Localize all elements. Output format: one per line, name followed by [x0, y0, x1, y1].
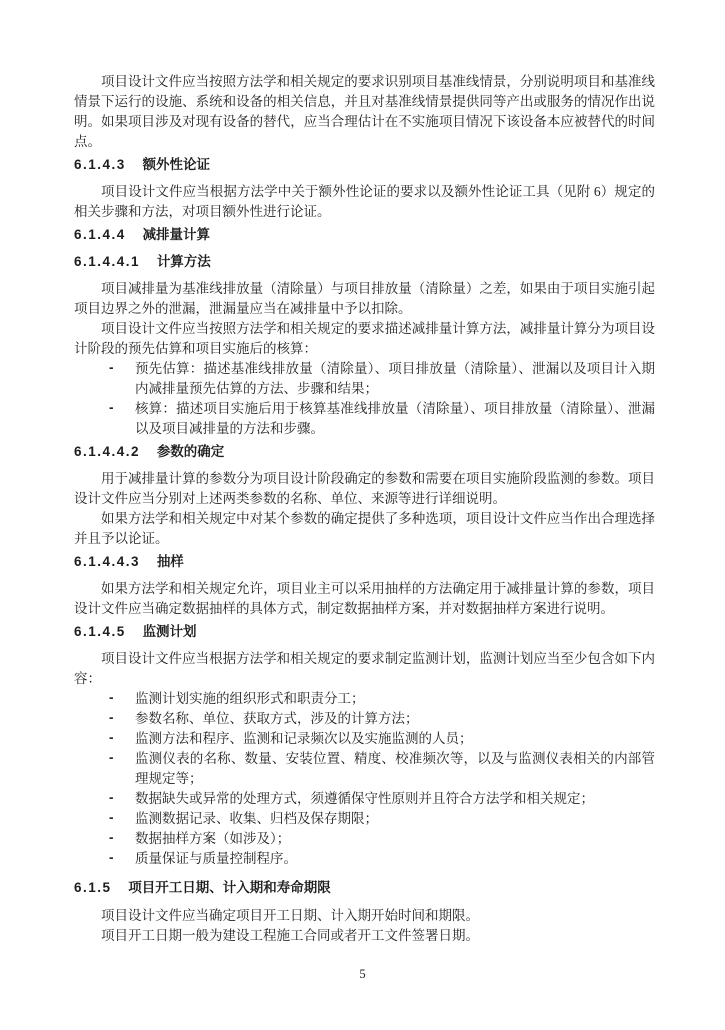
paragraph-calculation-method: 项目设计文件应当按照方法学和相关规定的要求描述减排量计算方法，减排量计算分为项目…: [74, 319, 655, 359]
dash-bullet: -: [109, 728, 114, 748]
list-item-text: 监测方法和程序、监测和记录频次以及实施监测的人员；: [135, 731, 473, 746]
list-item: - 监测数据记录、收集、归档及保存期限；: [74, 809, 655, 829]
section-title: 抽样: [157, 554, 184, 569]
paragraph-start-date: 项目设计文件应当确定项目开工日期、计入期开始时间和期限。: [74, 906, 655, 926]
list-item-text: 参数名称、单位、获取方式，涉及的计算方法；: [135, 711, 419, 726]
page-number: 5: [0, 964, 725, 984]
document-page: 项目设计文件应当按照方法学和相关规定的要求识别项目基准线情景，分别说明项目和基准…: [0, 0, 725, 1030]
dash-bullet: -: [109, 398, 114, 418]
paragraph-reduction-definition: 项目减排量为基准线排放量（清除量）与项目排放量（清除量）之差，如果由于项目实施引…: [74, 279, 655, 319]
bullet-list-calculation: - 预先估算：描述基准线排放量（清除量）、项目排放量（清除量）、泄漏以及项目计入…: [74, 359, 655, 439]
section-title: 减排量计算: [143, 227, 211, 242]
paragraph-parameters-types: 用于减排量计算的参数分为项目设计阶段确定的参数和需要在项目实施阶段监测的参数。项…: [74, 469, 655, 509]
section-title: 额外性论证: [143, 157, 211, 172]
list-item: - 数据缺失或异常的处理方式，须遵循保守性原则并且符合方法学和相关规定；: [74, 789, 655, 809]
section-heading-6-1-4-4-3: 6.1.4.4.3 抽样: [74, 552, 655, 572]
dash-bullet: -: [109, 688, 114, 708]
dash-bullet: -: [109, 708, 114, 728]
list-item: - 预先估算：描述基准线排放量（清除量）、项目排放量（清除量）、泄漏以及项目计入…: [74, 359, 655, 399]
section-heading-6-1-4-4-1: 6.1.4.4.1 计算方法: [74, 252, 655, 272]
section-title: 参数的确定: [157, 444, 225, 459]
section-number: 6.1.4.4.3: [74, 554, 140, 569]
list-item: - 监测仪表的名称、数量、安装位置、精度、校准频次等，以及与监测仪表相关的内部管…: [74, 749, 655, 789]
paragraph-sampling: 如果方法学和相关规定允许，项目业主可以采用抽样的方法确定用于减排量计算的参数，项…: [74, 579, 655, 619]
section-title: 监测计划: [143, 624, 197, 639]
list-item: - 核算：描述项目实施后用于核算基准线排放量（清除量）、项目排放量（清除量）、泄…: [74, 399, 655, 439]
section-heading-6-1-4-4: 6.1.4.4 减排量计算: [74, 225, 655, 245]
section-heading-6-1-5: 6.1.5 项目开工日期、计入期和寿命期限: [74, 878, 655, 898]
section-number: 6.1.5: [74, 880, 112, 895]
section-number: 6.1.4.4: [74, 227, 126, 242]
section-number: 6.1.4.4.1: [74, 254, 140, 269]
list-item-text: 监测数据记录、收集、归档及保存期限；: [135, 811, 378, 826]
list-item: - 参数名称、单位、获取方式，涉及的计算方法；: [74, 709, 655, 729]
bullet-list-monitoring: - 监测计划实施的组织形式和职责分工； - 参数名称、单位、获取方式，涉及的计算…: [74, 689, 655, 869]
list-item: - 监测方法和程序、监测和记录频次以及实施监测的人员；: [74, 729, 655, 749]
dash-bullet: -: [109, 828, 114, 848]
list-item-text: 监测计划实施的组织形式和职责分工；: [135, 691, 365, 706]
list-item-text: 数据缺失或异常的处理方式，须遵循保守性原则并且符合方法学和相关规定；: [135, 791, 594, 806]
paragraph-baseline-scenario: 项目设计文件应当按照方法学和相关规定的要求识别项目基准线情景，分别说明项目和基准…: [74, 72, 655, 152]
dash-bullet: -: [109, 848, 114, 868]
paragraph-additionality: 项目设计文件应当根据方法学中关于额外性论证的要求以及额外性论证工具（见附 6）规…: [74, 182, 655, 222]
section-number: 6.1.4.3: [74, 157, 126, 172]
section-heading-6-1-4-3: 6.1.4.3 额外性论证: [74, 155, 655, 175]
dash-bullet: -: [109, 748, 114, 768]
section-title: 项目开工日期、计入期和寿命期限: [128, 880, 331, 895]
section-number: 6.1.4.5: [74, 624, 126, 639]
list-item-text: 预先估算：描述基准线排放量（清除量）、项目排放量（清除量）、泄漏以及项目计入期内…: [135, 361, 655, 396]
list-item: - 监测计划实施的组织形式和职责分工；: [74, 689, 655, 709]
section-number: 6.1.4.4.2: [74, 444, 140, 459]
paragraph-start-date-definition: 项目开工日期一般为建设工程施工合同或者开工文件签署日期。: [74, 926, 655, 946]
section-heading-6-1-4-4-2: 6.1.4.4.2 参数的确定: [74, 442, 655, 462]
list-item-text: 质量保证与质量控制程序。: [135, 851, 297, 866]
dash-bullet: -: [109, 358, 114, 378]
section-title: 计算方法: [157, 254, 211, 269]
paragraph-parameters-options: 如果方法学和相关规定中对某个参数的确定提供了多种选项，项目设计文件应当作出合理选…: [74, 509, 655, 549]
list-item: - 质量保证与质量控制程序。: [74, 849, 655, 869]
dash-bullet: -: [109, 808, 114, 828]
dash-bullet: -: [109, 788, 114, 808]
list-item: - 数据抽样方案（如涉及）；: [74, 829, 655, 849]
section-heading-6-1-4-5: 6.1.4.5 监测计划: [74, 622, 655, 642]
list-item-text: 监测仪表的名称、数量、安装位置、精度、校准频次等，以及与监测仪表相关的内部管理规…: [135, 751, 655, 786]
list-item-text: 核算：描述项目实施后用于核算基准线排放量（清除量）、项目排放量（清除量）、泄漏以…: [135, 401, 655, 436]
paragraph-monitoring-plan: 项目设计文件应当根据方法学和相关规定的要求制定监测计划，监测计划应当至少包含如下…: [74, 649, 655, 689]
list-item-text: 数据抽样方案（如涉及）；: [135, 831, 290, 846]
